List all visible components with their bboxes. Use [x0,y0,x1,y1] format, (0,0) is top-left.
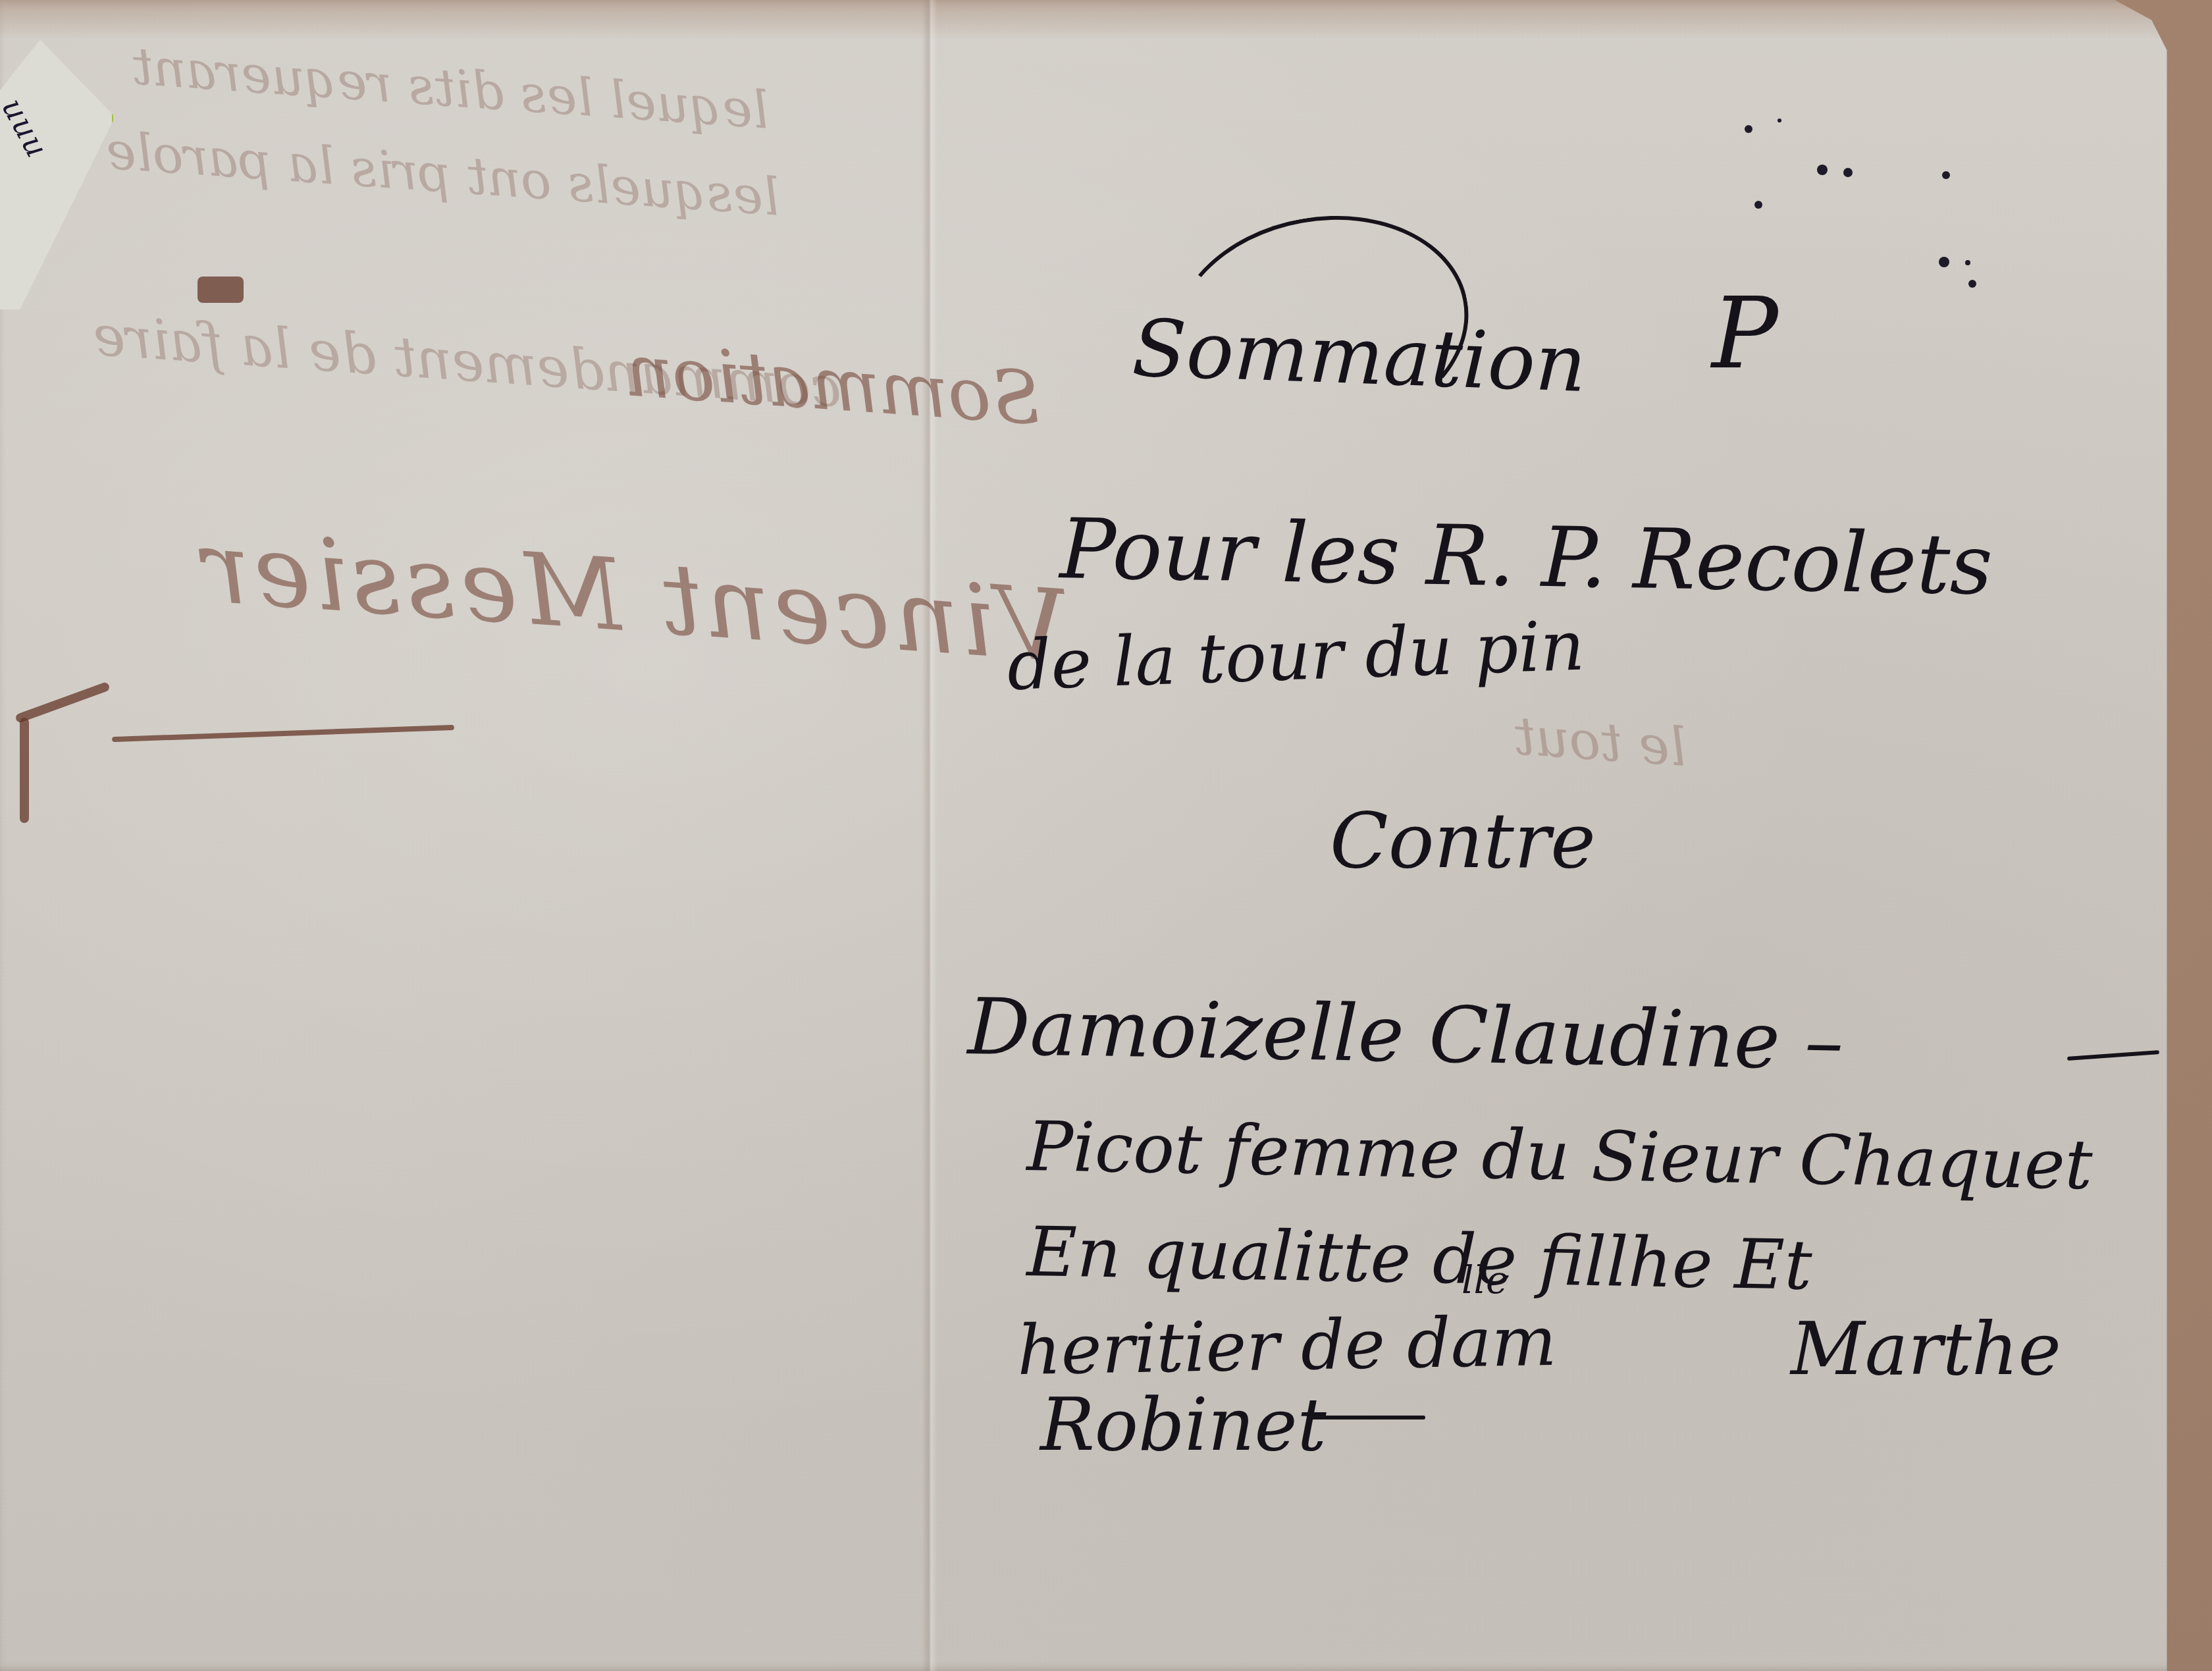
corner-label-text: uuu [0,92,56,164]
closing-underline-stroke [1307,1416,1425,1419]
ink-bleed-underline [112,725,454,742]
text-line-picot-femme: Picot femme du Sieur Chaquet [1026,1106,2093,1205]
text-line-heritier: heritier de dam [1016,1301,1557,1391]
ink-dot [1745,125,1752,133]
line-end-dash [2067,1050,2159,1061]
heading-paraph-mark: P [1712,277,1778,391]
manuscript-sheet: lequel les dits requerant lesquels ont p… [0,0,2184,1671]
ink-blot [197,277,244,303]
text-name-marthe: Marthe [1791,1307,2061,1391]
bleed-through-signature: Vincent Messier [195,510,1071,685]
ink-dot [1942,171,1950,179]
ink-dot [1817,165,1828,175]
ink-dot [1939,257,1949,267]
paper-top-edge-shadow [0,0,2184,40]
vertical-fold-line [922,0,937,1671]
bleed-through-line: lesquels ont pris la parole [104,121,781,227]
text-line-en-qualitte: En qualitte de fillhe Et [1026,1211,1813,1306]
ink-dot [1968,280,1976,288]
archival-corner-label: uuu [0,40,113,309]
ink-dot [1965,260,1970,265]
text-line-contre: Contre [1330,797,1596,886]
document-heading: Sommation [1131,303,1588,410]
text-line-robinet: Robinet [1040,1383,1327,1467]
ink-dot [1777,119,1781,122]
ink-dot [1843,168,1853,177]
bleed-through-line: lequel les dits requerant [130,37,771,140]
text-line-pour-les-recolets: Pour les R. P. Recolets [1059,500,1993,614]
bleed-through-line: Sommation [623,328,1044,441]
text-line-damoizelle-claudine: Damoizelle Claudine – [967,981,1845,1087]
text-line-tour-du-pin: de la tour du pin [1006,605,1586,706]
ink-dot [1754,201,1762,209]
ink-bleed-stroke [14,681,111,724]
superscript-abbreviation: lle [1461,1258,1508,1302]
ink-bleed-stroke [20,718,29,823]
bleed-through-line: le tout [1512,705,1689,778]
